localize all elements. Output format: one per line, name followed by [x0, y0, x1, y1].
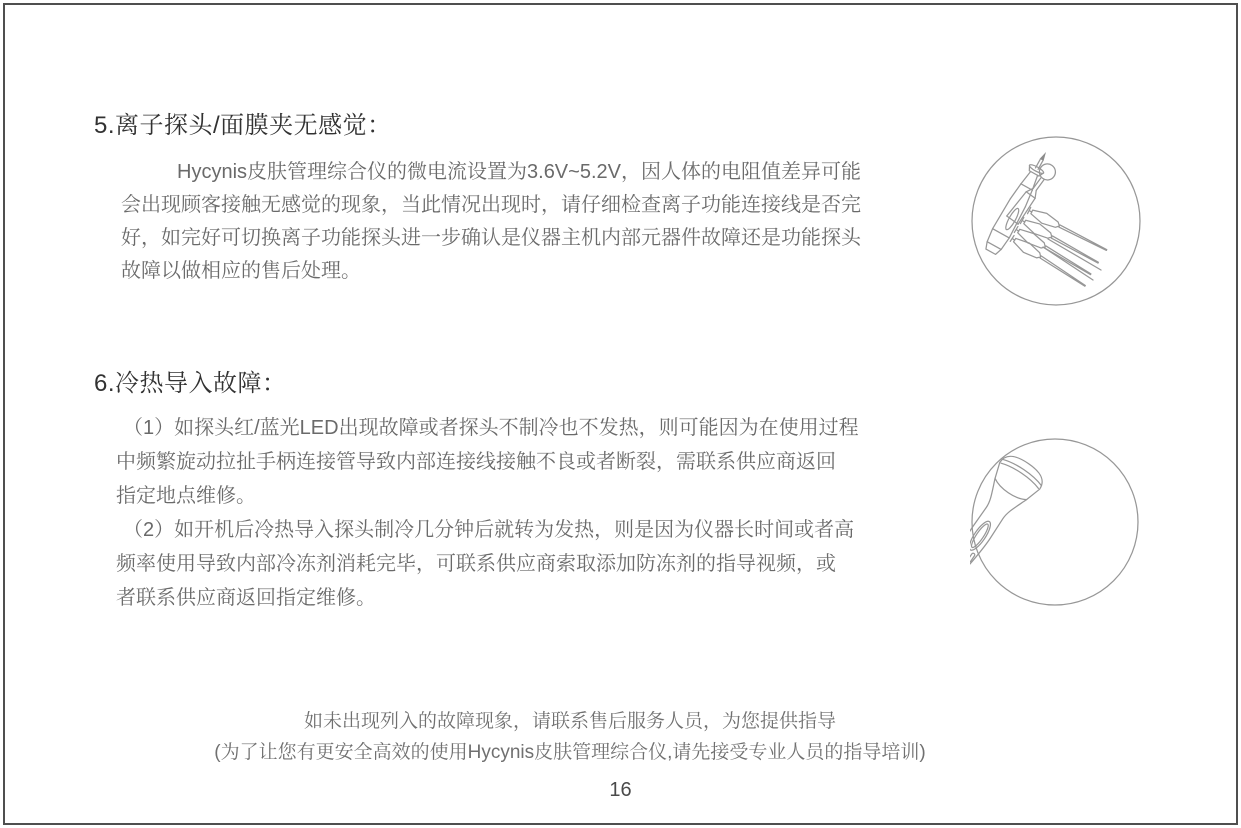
handpiece-icon: [970, 450, 1048, 590]
footer-note: 如未出现列入的故障现象，请联系售后服务人员，为您提供指导 (为了让您有更安全高效…: [50, 706, 1090, 768]
paragraph-line: Hycynis皮肤管理综合仪的微电流设置为3.6V~5.2V，因人体的电阻值差异…: [121, 156, 921, 189]
section-6-heading: 6.冷热导入故障：: [94, 368, 287, 400]
mask-clip-wires-icon: [1009, 206, 1109, 291]
ion-probes-illustration: [970, 135, 1142, 307]
paragraph-line: 会出现顾客接触无感觉的现象，当此情况出现时，请仔细检查离子功能连接线是否完: [121, 189, 921, 222]
section-5-paragraph: Hycynis皮肤管理综合仪的微电流设置为3.6V~5.2V，因人体的电阻值差异…: [121, 156, 921, 288]
paragraph-line: 频率使用导致内部冷冻剂消耗完毕，可联系供应商索取添加防冻剂的指导视频，或: [116, 547, 921, 581]
paragraph-line: 好，如完好可切换离子功能探头进一步确认是仪器主机内部元器件故障还是功能探头: [121, 222, 921, 255]
footer-note-line2: (为了让您有更安全高效的使用Hycynis皮肤管理综合仪,请先接受专业人员的指导…: [50, 737, 1090, 768]
footer-note-line1: 如未出现列入的故障现象，请联系售后服务人员，为您提供指导: [50, 706, 1090, 737]
paragraph-line: 中频繁旋动拉扯手柄连接管导致内部连接线接触不良或者断裂，需联系供应商返回: [116, 445, 921, 479]
paragraph-line: 指定地点维修。: [116, 479, 921, 513]
paragraph-line: （2）如开机后冷热导入探头制冷几分钟后就转为发热，则是因为仪器长时间或者高: [116, 513, 921, 547]
section-5-heading: 5.离子探头/面膜夹无感觉：: [94, 110, 392, 142]
paragraph-line: （1）如探头红/蓝光LED出现故障或者探头不制冷也不发热，则可能因为在使用过程: [116, 411, 921, 445]
paragraph-line: 者联系供应商返回指定维修。: [116, 581, 921, 615]
illustration-circle-border: [972, 439, 1138, 605]
paragraph-line: 故障以做相应的售后处理。: [121, 255, 921, 288]
cold-hot-probe-illustration: [970, 437, 1140, 607]
manual-page: { "page": { "number": "16" }, "colors": …: [0, 0, 1241, 828]
section-6-paragraph: （1）如探头红/蓝光LED出现故障或者探头不制冷也不发热，则可能因为在使用过程中…: [116, 411, 921, 615]
page-number: 16: [0, 779, 1241, 802]
